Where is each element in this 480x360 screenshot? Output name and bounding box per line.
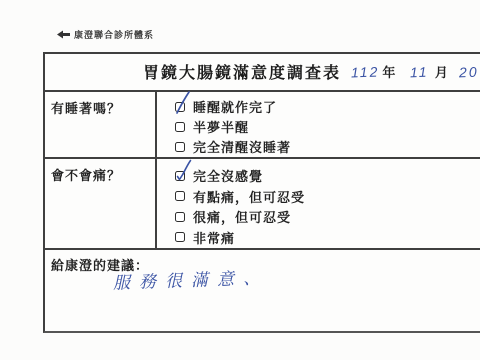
checkbox[interactable] [175,212,185,222]
option-row: 有點痛，但可忍受 [175,186,480,207]
checkbox[interactable] [175,191,185,201]
survey-form-table: 胃鏡大腸鏡滿意度調查表 112 年 11 月 20 有睡著嗎？ 睡醒就作完了 半… [43,52,480,333]
checkbox[interactable] [175,171,185,181]
checkbox[interactable] [175,232,185,242]
question-row-sleep: 有睡著嗎？ 睡醒就作完了 半夢半醒 完全清醒沒睡著 [45,90,480,157]
date-day-handwritten: 20 [459,64,479,81]
title-row: 胃鏡大腸鏡滿意度調查表 112 年 11 月 20 [45,54,480,90]
option-label: 非常痛 [193,228,235,247]
option-row: 非常痛 [175,227,480,248]
checkbox[interactable] [175,142,185,152]
checkbox[interactable] [175,102,185,112]
option-label: 睡醒就作完了 [193,97,277,116]
question-label-pain: 會不會痛？ [45,159,157,248]
option-row: 很痛，但可忍受 [175,207,480,228]
checkbox[interactable] [175,122,185,132]
left-arrow-logo-icon [57,30,70,39]
option-row: 完全沒感覺 [175,166,480,187]
option-label: 很痛，但可忍受 [193,207,291,226]
option-row: 半夢半醒 [175,117,480,137]
option-row: 睡醒就作完了 [175,97,480,117]
option-row: 完全清醒沒睡著 [175,137,480,157]
question-options-sleep: 睡醒就作完了 半夢半醒 完全清醒沒睡著 [157,92,480,157]
option-label: 半夢半醒 [193,117,249,136]
question-label-sleep: 有睡著嗎？ [45,92,157,157]
question-options-pain: 完全沒感覺 有點痛，但可忍受 很痛，但可忍受 非常痛 [157,159,480,248]
clinic-name: 康澄聯合診所體系 [74,28,154,41]
option-label: 完全沒感覺 [193,166,263,185]
date-month-handwritten: 11 [410,64,429,81]
form-title: 胃鏡大腸鏡滿意度調查表 [143,60,341,83]
option-label: 有點痛，但可忍受 [193,187,305,206]
question-row-pain: 會不會痛？ 完全沒感覺 有點痛，但可忍受 很痛，但可忍受 [45,157,480,248]
suggestion-handwritten-text: 服務很滿意、 [113,263,270,293]
date-month-label: 月 [435,62,448,81]
option-label: 完全清醒沒睡著 [193,137,291,156]
date-year-label: 年 [382,62,395,81]
date-year-handwritten: 112 [351,63,380,80]
clinic-brand: 康澄聯合診所體系 [57,28,154,41]
suggestion-row: 給康澄的建議： 服務很滿意、 [45,248,480,331]
